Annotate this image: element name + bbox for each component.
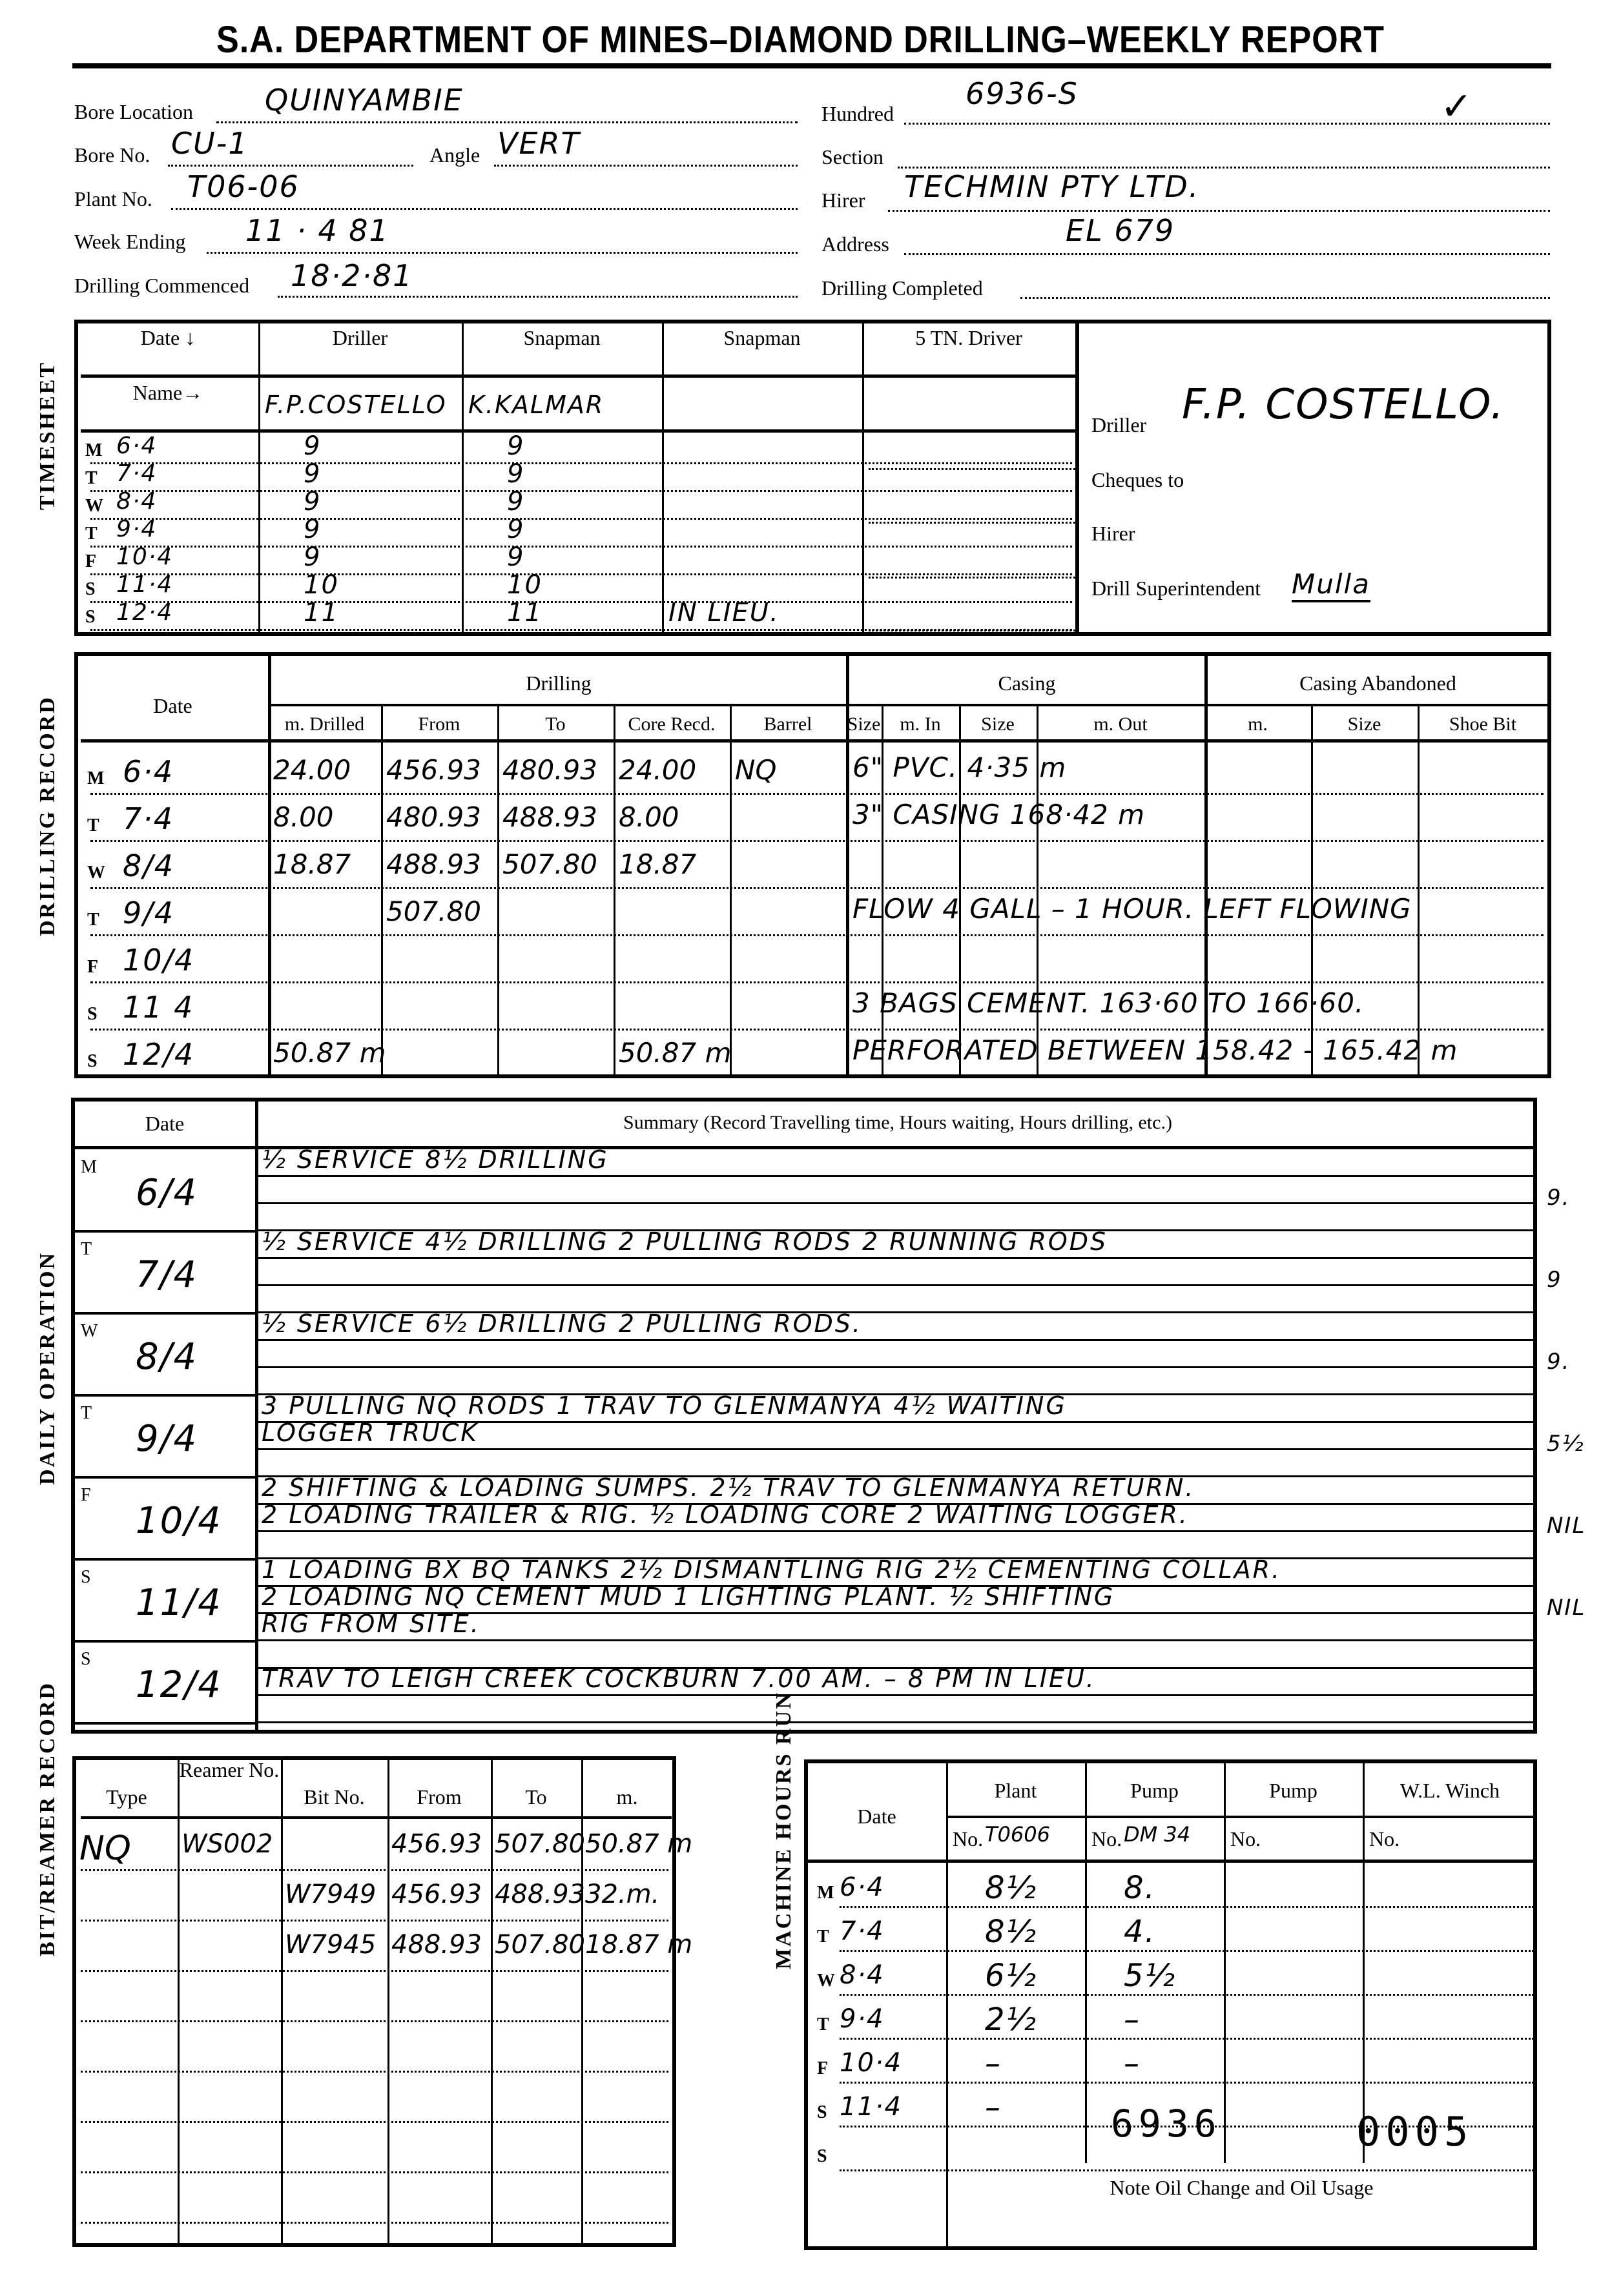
operation-date[interactable]: 6/4: [136, 1172, 198, 1214]
worker-name[interactable]: F.P.COSTELLO: [265, 391, 447, 419]
hours-value[interactable]: 8½: [985, 1870, 1037, 1906]
row-rule: [90, 518, 1072, 520]
hours-value[interactable]: 8½: [985, 1914, 1037, 1950]
oil-usage-note: Note Oil Change and Oil Usage: [946, 2176, 1537, 2200]
row-rule: [90, 490, 1072, 492]
to-cell[interactable]: 488.93: [502, 801, 597, 833]
address-field[interactable]: EL 679: [1066, 213, 1175, 248]
casing-note[interactable]: FLOW 4 GALL – 1 HOUR. LEFT FLOWING: [852, 893, 1412, 925]
drilling-date[interactable]: 10/4: [123, 943, 194, 978]
row-rule: [90, 1029, 1544, 1030]
machine-date[interactable]: 6·4: [840, 1872, 885, 1902]
summary-line[interactable]: 2 LOADING NQ CEMENT MUD 1 LIGHTING PLANT…: [262, 1583, 1115, 1611]
date-rule: [74, 1476, 258, 1479]
total-hours[interactable]: 9.: [1547, 1185, 1570, 1211]
timesheet-divider: [1075, 320, 1079, 636]
hours-value[interactable]: –: [985, 2045, 1002, 2082]
angle-field[interactable]: VERT: [497, 126, 581, 161]
column-divider: [381, 704, 383, 1075]
column-header: Size: [1311, 713, 1418, 735]
date-rule: [74, 1558, 258, 1561]
summary-rule: [258, 1175, 1537, 1177]
date-rule: [74, 1394, 258, 1397]
weekday-label: M: [87, 768, 104, 789]
row-rule: [90, 1076, 1544, 1078]
row-rule: [90, 981, 1544, 983]
hours-cell[interactable]: IN LIEU.: [668, 598, 780, 628]
hours-cell[interactable]: 9: [304, 542, 321, 572]
hours-cell[interactable]: 9: [304, 487, 321, 517]
weekday-label: M: [81, 1157, 97, 1178]
bit-no-cell[interactable]: W7949: [285, 1880, 376, 1909]
hirer-signoff-label: Hirer: [1091, 522, 1135, 546]
date-header: Date: [807, 1805, 946, 1829]
weekday-label: S: [85, 607, 96, 628]
row-rule: [90, 573, 1072, 575]
to-cell[interactable]: 507.80: [495, 1930, 585, 1960]
summary-rule: [258, 1202, 1537, 1204]
column-header: m. In: [882, 713, 959, 735]
machine-no-label: No.: [1091, 1827, 1122, 1851]
dotted-rule: [869, 630, 1075, 631]
machine-no-label: No.: [953, 1827, 983, 1851]
row-rule: [81, 2171, 668, 2173]
hundred-label: Hundred: [821, 102, 894, 126]
column-header: Barrel: [730, 713, 846, 735]
from-cell[interactable]: 456.93: [391, 1880, 482, 1909]
column-header: Shoe Bit: [1418, 713, 1548, 735]
summary-line[interactable]: ½ SERVICE 8½ DRILLING: [262, 1145, 609, 1174]
drilling-completed-label: Drilling Completed: [821, 276, 983, 300]
weekday-label: S: [817, 2146, 827, 2167]
core-cell[interactable]: 50.87 m: [619, 1037, 732, 1069]
worker-name[interactable]: K.KALMAR: [468, 391, 604, 419]
timesheet-date[interactable]: 7·4: [116, 460, 157, 487]
summary-line[interactable]: 1 LOADING BX BQ TANKS 2½ DISMANTLING RIG…: [262, 1555, 1281, 1584]
hours-value[interactable]: 2½: [985, 2002, 1037, 2038]
machine-hours-section-label: MACHINE HOURS RUN: [772, 1691, 796, 1969]
timesheet-date[interactable]: 6·4: [116, 433, 157, 459]
driller-signoff-label: Driller: [1091, 413, 1146, 437]
column-divider: [730, 704, 732, 1075]
weekday-label: T: [81, 1239, 92, 1260]
row-rule: [840, 2169, 1534, 2171]
summary-line[interactable]: LOGGER TRUCK: [262, 1419, 479, 1447]
report-title: S.A. DEPARTMENT OF MINES–DIAMOND DRILLIN…: [80, 18, 1521, 61]
superintendent-signature[interactable]: Mulla: [1292, 568, 1370, 602]
machine-header: Pump: [1085, 1779, 1224, 1803]
weekday-label: F: [817, 2058, 828, 2079]
driller-signoff-value[interactable]: F.P. COSTELLO.: [1182, 381, 1505, 429]
casing-abandoned-header: Casing Abandoned: [1208, 671, 1548, 695]
row-rule: [81, 1920, 668, 1922]
weekday-label: M: [85, 440, 102, 461]
weekday-label: T: [817, 1927, 829, 1947]
summary-header: Summary (Record Travelling time, Hours w…: [258, 1112, 1537, 1134]
row-rule: [90, 793, 1544, 795]
m-drilled-cell[interactable]: 18.87: [273, 848, 351, 880]
header-rule: [81, 739, 1548, 743]
operation-date[interactable]: 7/4: [136, 1254, 198, 1296]
plant-no-label: Plant No.: [74, 187, 152, 211]
timesheet-date[interactable]: 10·4: [116, 544, 173, 570]
hours-cell[interactable]: 9: [507, 542, 524, 572]
summary-line[interactable]: 2 SHIFTING & LOADING SUMPS. 2½ TRAV TO G…: [262, 1473, 1195, 1502]
address-label: Address: [821, 232, 889, 256]
weekday-label: S: [87, 1004, 98, 1025]
drilling-date[interactable]: 8/4: [123, 848, 174, 883]
column-divider: [1418, 704, 1420, 1075]
weekday-label: W: [87, 863, 105, 883]
operation-date[interactable]: 12/4: [136, 1664, 222, 1706]
drilling-date[interactable]: 7·4: [123, 801, 174, 836]
date-rule: [74, 1722, 258, 1725]
stamp-number-left: 6936: [1111, 2102, 1222, 2146]
column-header: From: [387, 1785, 491, 1809]
row-rule: [840, 1994, 1534, 1996]
angle-label: Angle: [429, 143, 480, 167]
casing-note[interactable]: 6" PVC. 4·35 m: [852, 752, 1066, 783]
column-header: Size: [959, 713, 1037, 735]
total-hours[interactable]: NIL: [1547, 1595, 1586, 1621]
machine-header: Plant: [946, 1779, 1085, 1803]
title-rule: [72, 63, 1551, 68]
date-header: Date ↓: [77, 326, 258, 350]
check-mark-icon: ✓: [1440, 84, 1472, 129]
daily-operation-section-label: DAILY OPERATION: [36, 1251, 60, 1485]
weekday-label: T: [85, 468, 98, 489]
weekday-label: T: [87, 910, 99, 930]
summary-line[interactable]: RIG FROM SITE.: [262, 1610, 480, 1638]
dotted-rule: [869, 577, 1075, 579]
m-cell[interactable]: 50.87 m: [585, 1829, 692, 1859]
weekday-label: T: [85, 524, 98, 544]
drilling-record-section-label: DRILLING RECORD: [36, 695, 60, 936]
drilling-date[interactable]: 11 4: [123, 990, 194, 1025]
column-header: To: [497, 713, 614, 735]
barrel-cell[interactable]: NQ: [735, 754, 776, 786]
casing-note[interactable]: PERFORATED BETWEEN 158.42 - 165.42 m: [852, 1034, 1458, 1066]
hours-cell[interactable]: 9: [507, 487, 524, 517]
row-rule: [90, 887, 1544, 889]
hours-value[interactable]: 6½: [985, 1958, 1037, 1994]
column-header: 5 TN. Driver: [862, 326, 1075, 350]
column-header: m.: [1204, 713, 1311, 735]
m-cell[interactable]: 18.87 m: [585, 1930, 692, 1960]
hours-cell[interactable]: 11: [507, 598, 542, 628]
row-rule: [90, 840, 1544, 842]
week-ending-field[interactable]: 11 · 4 81: [245, 213, 389, 248]
bore-no-field[interactable]: CU-1: [171, 126, 249, 161]
weekday-label: W: [85, 496, 103, 517]
column-header: Core Recd.: [614, 713, 730, 735]
machine-no-value[interactable]: T0606: [985, 1822, 1050, 1847]
summary-rule: [258, 1530, 1537, 1532]
date-rule: [74, 1230, 258, 1233]
row-rule: [81, 2020, 668, 2022]
hours-value[interactable]: 5½: [1124, 1958, 1176, 1994]
timesheet-section-label: TIMESHEET: [36, 361, 60, 510]
operation-date[interactable]: 11/4: [136, 1582, 222, 1624]
drilling-commenced-label: Drilling Commenced: [74, 274, 249, 298]
hours-value[interactable]: –: [985, 2089, 1002, 2126]
summary-rule: [258, 1257, 1537, 1259]
weekday-label: S: [817, 2102, 827, 2123]
weekday-label: T: [81, 1403, 92, 1424]
m-drilled-cell[interactable]: 50.87 m: [273, 1037, 386, 1069]
summary-line[interactable]: 2 LOADING TRAILER & RIG. ½ LOADING CORE …: [262, 1501, 1189, 1529]
casing-group-header: Casing: [849, 671, 1204, 695]
weekday-label: W: [817, 1971, 835, 1991]
column-divider: [258, 323, 260, 633]
timesheet-date[interactable]: 9·4: [116, 516, 157, 542]
type-cell[interactable]: NQ: [79, 1829, 131, 1868]
core-cell[interactable]: 24.00: [619, 754, 696, 786]
summary-rule: [258, 1639, 1537, 1641]
name-rule: [81, 429, 1075, 433]
core-cell[interactable]: 18.87: [619, 848, 696, 880]
plant-no-field[interactable]: T06-06: [187, 169, 300, 204]
from-cell[interactable]: 456.93: [386, 754, 481, 786]
bit-no-cell[interactable]: W7945: [285, 1930, 376, 1960]
row-rule: [81, 2222, 668, 2224]
column-header: From: [381, 713, 497, 735]
summary-line[interactable]: ½ SERVICE 6½ DRILLING 2 PULLING RODS.: [262, 1309, 862, 1338]
bore-location-field[interactable]: QUINYAMBIE: [265, 83, 464, 118]
row-rule: [840, 2038, 1534, 2040]
weekday-label: S: [81, 1649, 91, 1670]
dotted-rule: [869, 522, 1075, 524]
column-divider: [1363, 1763, 1365, 2163]
group-rule: [271, 704, 1548, 706]
row-rule: [840, 1950, 1534, 1952]
row-rule: [840, 2082, 1534, 2084]
hours-value[interactable]: –: [1124, 2045, 1141, 2082]
machine-date[interactable]: 11·4: [840, 2092, 902, 2122]
date-header: Date: [77, 694, 268, 718]
weekday-label: F: [81, 1485, 91, 1506]
timesheet-date[interactable]: 11·4: [116, 571, 173, 598]
column-header: m.: [581, 1785, 673, 1809]
column-header: Snapman: [462, 326, 662, 350]
to-cell[interactable]: 507.80: [502, 848, 597, 880]
hours-cell[interactable]: 9: [304, 431, 321, 461]
column-divider: [662, 323, 664, 633]
row-rule: [81, 1869, 668, 1871]
summary-rule: [258, 1448, 1537, 1450]
hundred-field[interactable]: 6936-S: [966, 76, 1079, 111]
hirer-field[interactable]: TECHMIN PTY LTD.: [904, 169, 1199, 204]
header-rule: [81, 374, 1075, 378]
from-cell[interactable]: 488.93: [386, 848, 481, 880]
machine-date[interactable]: 8·4: [840, 1960, 885, 1990]
drilling-date[interactable]: 12/4: [123, 1037, 194, 1072]
operation-date[interactable]: 10/4: [136, 1500, 222, 1542]
column-header: Size: [846, 713, 882, 735]
from-cell[interactable]: 507.80: [386, 896, 481, 927]
column-divider: [1085, 1763, 1087, 2163]
date-header: Date: [74, 1112, 255, 1136]
machine-header: Pump: [1224, 1779, 1363, 1803]
weekday-label: F: [87, 957, 98, 978]
bit-reamer-section-label: BIT/REAMER RECORD: [36, 1681, 60, 1956]
machine-date[interactable]: 10·4: [840, 2048, 902, 2078]
drilling-commenced-field[interactable]: 18·2·81: [291, 258, 413, 293]
row-rule: [90, 934, 1544, 936]
header-rule: [81, 1816, 672, 1819]
weekday-label: T: [87, 815, 99, 836]
column-header: To: [491, 1785, 581, 1809]
dotted-rule: [869, 468, 1075, 470]
summary-line[interactable]: 3 PULLING NQ RODS 1 TRAV TO GLENMANYA 4½…: [262, 1391, 1067, 1420]
hours-value[interactable]: 8.: [1124, 1870, 1156, 1906]
total-hours[interactable]: 9.: [1547, 1349, 1570, 1375]
timesheet-date[interactable]: 8·4: [116, 488, 157, 515]
weekday-label: F: [85, 551, 96, 572]
machine-no-label: No.: [1230, 1827, 1261, 1851]
core-cell[interactable]: 8.00: [619, 801, 679, 833]
machine-no-label: No.: [1369, 1827, 1400, 1851]
column-divider: [497, 704, 499, 1075]
column-header: Bit No.: [281, 1785, 387, 1809]
column-divider: [1311, 704, 1313, 1075]
column-divider: [862, 323, 864, 633]
m-drilled-cell[interactable]: 8.00: [273, 801, 334, 833]
column-header: m. Drilled: [268, 713, 381, 735]
to-cell[interactable]: 507.80: [495, 1829, 585, 1859]
row-rule: [81, 1970, 668, 1972]
hours-value[interactable]: 4.: [1124, 1914, 1156, 1950]
weekday-label: M: [817, 1883, 834, 1903]
cheques-to-label: Cheques to: [1091, 468, 1184, 492]
from-cell[interactable]: 456.93: [391, 1829, 482, 1859]
total-hours[interactable]: NIL: [1547, 1513, 1586, 1539]
summary-rule: [258, 1694, 1537, 1696]
to-cell[interactable]: 488.93: [495, 1880, 585, 1909]
bore-no-label: Bore No.: [74, 143, 150, 167]
week-ending-label: Week Ending: [74, 230, 185, 254]
hirer-label: Hirer: [821, 189, 865, 212]
hours-cell[interactable]: 11: [304, 598, 339, 628]
column-divider: [462, 323, 464, 633]
column-divider: [1224, 1763, 1226, 2163]
reamer-no-cell[interactable]: WS002: [181, 1829, 273, 1859]
drilling-date[interactable]: 6·4: [123, 754, 174, 789]
column-header: Snapman: [662, 326, 862, 350]
header-rule: [807, 1860, 1537, 1863]
weekday-label: S: [85, 579, 96, 600]
summary-line[interactable]: ½ SERVICE 4½ DRILLING 2 PULLING RODS 2 R…: [262, 1227, 1108, 1256]
column-header: m. Out: [1037, 713, 1204, 735]
column-divider: [614, 704, 615, 1075]
operation-date[interactable]: 8/4: [136, 1336, 198, 1378]
drilling-date[interactable]: 9/4: [123, 896, 174, 930]
hours-cell[interactable]: 9: [507, 459, 524, 489]
hours-cell[interactable]: 9: [507, 431, 524, 461]
column-header: Driller: [258, 326, 462, 350]
total-hours[interactable]: 5½: [1547, 1431, 1585, 1457]
m-cell[interactable]: 32.m.: [585, 1880, 659, 1909]
summary-rule: [258, 1366, 1537, 1368]
machine-date[interactable]: 7·4: [840, 1916, 885, 1946]
row-rule: [81, 2071, 668, 2073]
row-rule: [840, 1906, 1534, 1908]
name-header: Name→: [77, 381, 258, 405]
bore-location-label: Bore Location: [74, 100, 193, 124]
date-rule: [74, 1312, 258, 1315]
weekday-label: S: [81, 1567, 91, 1588]
to-cell[interactable]: 480.93: [502, 754, 597, 786]
date-rule: [74, 1640, 258, 1643]
header-rule: [946, 1816, 1537, 1818]
row-rule: [81, 2121, 668, 2123]
from-cell[interactable]: 480.93: [386, 801, 481, 833]
machine-header: W.L. Winch: [1363, 1779, 1537, 1803]
timesheet-date[interactable]: 12·4: [116, 599, 173, 626]
column-header: Reamer No.: [178, 1758, 281, 1782]
row-rule: [90, 546, 1072, 548]
row-rule: [90, 462, 1072, 464]
total-hours[interactable]: 9: [1547, 1267, 1562, 1293]
machine-date[interactable]: 9·4: [840, 2004, 885, 2034]
hours-cell[interactable]: 9: [304, 459, 321, 489]
machine-no-value[interactable]: DM 34: [1124, 1822, 1190, 1847]
hours-cell[interactable]: 10: [507, 570, 542, 600]
m-drilled-cell[interactable]: 24.00: [273, 754, 351, 786]
operation-date[interactable]: 9/4: [136, 1418, 198, 1460]
weekday-label: W: [81, 1321, 98, 1342]
hours-value[interactable]: –: [1124, 2002, 1141, 2038]
superintendent-label: Drill Superintendent: [1091, 577, 1261, 600]
summary-line[interactable]: TRAV TO LEIGH CREEK COCKBURN 7.00 AM. – …: [262, 1665, 1096, 1693]
weekday-label: S: [87, 1051, 98, 1072]
summary-rule: [258, 1284, 1537, 1286]
section-label: Section: [821, 145, 883, 169]
drilling-group-header: Drilling: [271, 671, 846, 695]
hours-cell[interactable]: 9: [507, 515, 524, 544]
casing-note[interactable]: 3 BAGS CEMENT. 163·60 TO 166·60.: [852, 987, 1364, 1019]
summary-rule: [258, 1721, 1537, 1723]
weekday-label: T: [817, 2014, 829, 2035]
stamp-number-right: 0005: [1356, 2108, 1473, 2155]
hours-cell[interactable]: 10: [304, 570, 339, 600]
hours-cell[interactable]: 9: [304, 515, 321, 544]
row-rule: [90, 601, 1072, 603]
summary-rule: [258, 1339, 1537, 1341]
column-divider: [255, 1101, 258, 1730]
column-divider: [946, 1763, 948, 2247]
from-cell[interactable]: 488.93: [391, 1930, 482, 1960]
casing-note[interactable]: 3" CASING 168·42 m: [852, 799, 1145, 830]
column-header: Type: [76, 1785, 178, 1809]
